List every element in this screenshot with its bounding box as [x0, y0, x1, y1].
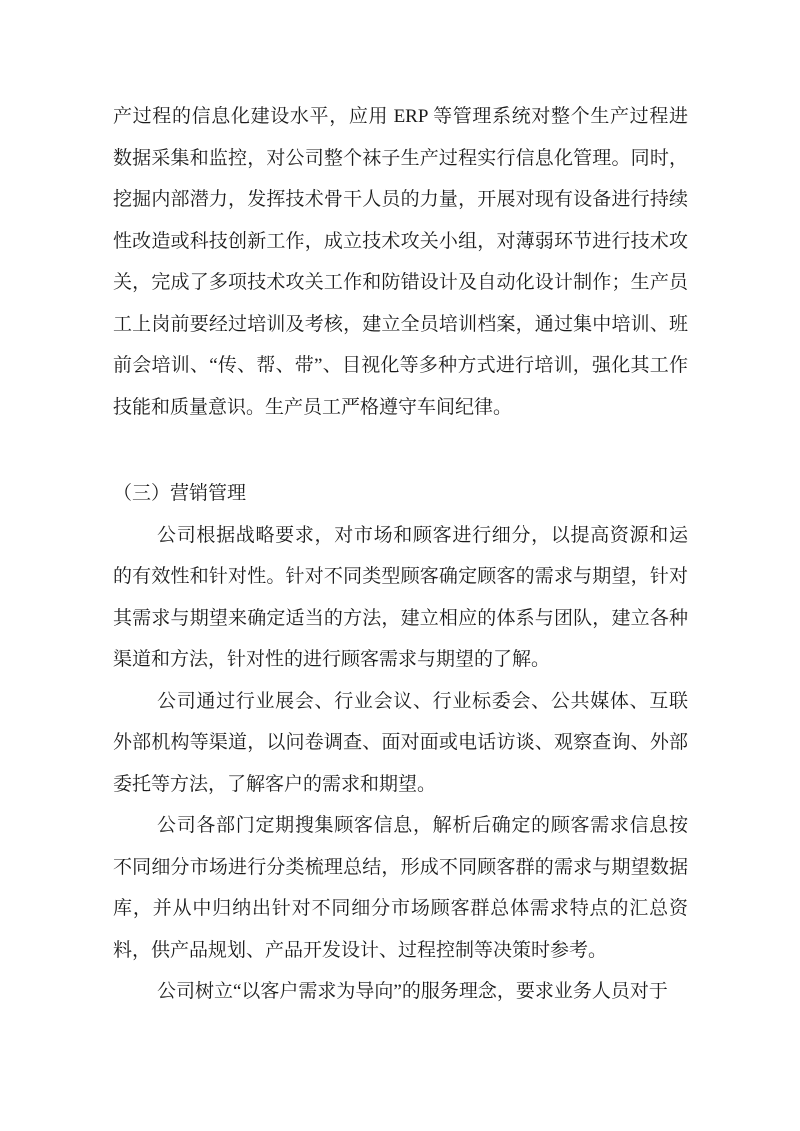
- text-line: 其需求与期望来确定适当的方法，建立相应的体系与团队，建立各种: [113, 598, 688, 640]
- document-page: 产过程的信息化建设水平，应用 ERP 等管理系统对整个生产过程进行数据采集和监控…: [0, 0, 800, 1131]
- text-line: 的有效性和针对性。针对不同类型顾客确定顾客的需求与期望，针对: [113, 556, 688, 598]
- text-line: 渠道和方法，针对性的进行顾客需求与期望的了解。: [113, 639, 688, 681]
- paragraph: 公司通过行业展会、行业会议、行业标委会、公共媒体、互联网、外部机构等渠道，以问卷…: [113, 681, 688, 806]
- text-line: 公司各部门定期搜集顾客信息，解析后确定的顾客需求信息按照: [113, 805, 688, 847]
- text-line: 公司树立“以客户需求为导向”的服务理念，要求业务人员对于: [113, 971, 688, 1013]
- text-line: 库，并从中归纳出针对不同细分市场顾客群总体需求特点的汇总资: [113, 888, 688, 930]
- document-root: { "page": { "background_color": "#ffffff…: [0, 0, 800, 1131]
- text-line: 委托等方法，了解客户的需求和期望。: [113, 764, 688, 806]
- text-line: 工上岗前要经过培训及考核，建立全员培训档案，通过集中培训、班: [113, 304, 688, 346]
- paragraph: 公司根据战略要求，对市场和顾客进行细分，以提高资源和运作的有效性和针对性。针对不…: [113, 515, 688, 681]
- text-line: 数据采集和监控，对公司整个袜子生产过程实行信息化管理。同时，: [113, 138, 688, 180]
- text-line: 关，完成了多项技术攻关工作和防错设计及自动化设计制作；生产员: [113, 262, 688, 304]
- section-heading: （三）营销管理: [113, 473, 688, 515]
- text-line: 技能和质量意识。生产员工严格遵守车间纪律。: [113, 387, 688, 429]
- text-line: 公司通过行业展会、行业会议、行业标委会、公共媒体、互联网、: [113, 681, 688, 723]
- text-line: 性改造或科技创新工作，成立技术攻关小组，对薄弱环节进行技术攻: [113, 221, 688, 263]
- text-line: 前会培训、“传、帮、带”、目视化等多种方式进行培训，强化其工作: [113, 345, 688, 387]
- paragraph: 公司树立“以客户需求为导向”的服务理念，要求业务人员对于: [113, 971, 688, 1013]
- text-line: 挖掘内部潜力，发挥技术骨干人员的力量，开展对现有设备进行持续: [113, 179, 688, 221]
- text-line: 不同细分市场进行分类梳理总结，形成不同顾客群的需求与期望数据: [113, 847, 688, 889]
- paragraph: 产过程的信息化建设水平，应用 ERP 等管理系统对整个生产过程进行数据采集和监控…: [113, 96, 688, 428]
- paragraph: 公司各部门定期搜集顾客信息，解析后确定的顾客需求信息按照不同细分市场进行分类梳理…: [113, 805, 688, 971]
- text-line: 公司根据战略要求，对市场和顾客进行细分，以提高资源和运作: [113, 515, 688, 557]
- text-line: 料，供产品规划、产品开发设计、过程控制等决策时参考。: [113, 930, 688, 972]
- text-line: 外部机构等渠道，以问卷调查、面对面或电话访谈、观察查询、外部: [113, 722, 688, 764]
- text-line: 产过程的信息化建设水平，应用 ERP 等管理系统对整个生产过程进行: [113, 96, 688, 138]
